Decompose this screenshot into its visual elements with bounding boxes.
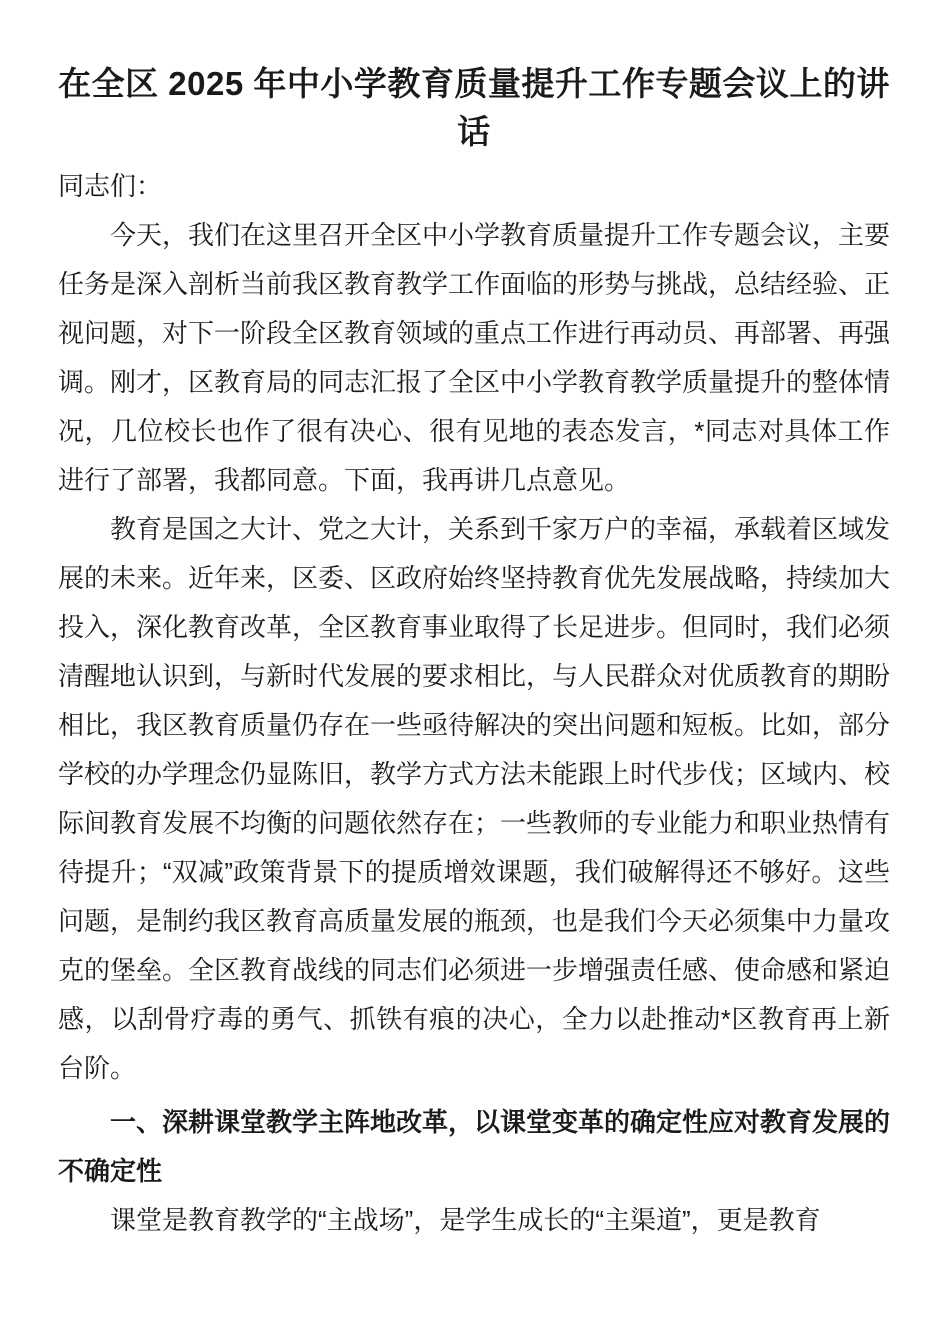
paragraph-situation-analysis: 教育是国之大计、党之大计，关系到千家万户的幸福，承载着区域发展的未来。近年来，区…	[58, 505, 890, 1093]
paragraph-classroom: 课堂是教育教学的“主战场”，是学生成长的“主渠道”，更是教育	[58, 1196, 890, 1245]
document-title: 在全区 2025 年中小学教育质量提升工作专题会议上的讲话	[58, 60, 890, 156]
document-page: 在全区 2025 年中小学教育质量提升工作专题会议上的讲话 同志们： 今天，我们…	[0, 0, 950, 1344]
section-heading-1: 一、深耕课堂教学主阵地改革，以课堂变革的确定性应对教育发展的不确定性	[58, 1098, 890, 1196]
paragraph-opening: 今天，我们在这里召开全区中小学教育质量提升工作专题会议，主要任务是深入剖析当前我…	[58, 211, 890, 505]
salutation-line: 同志们：	[58, 162, 890, 211]
